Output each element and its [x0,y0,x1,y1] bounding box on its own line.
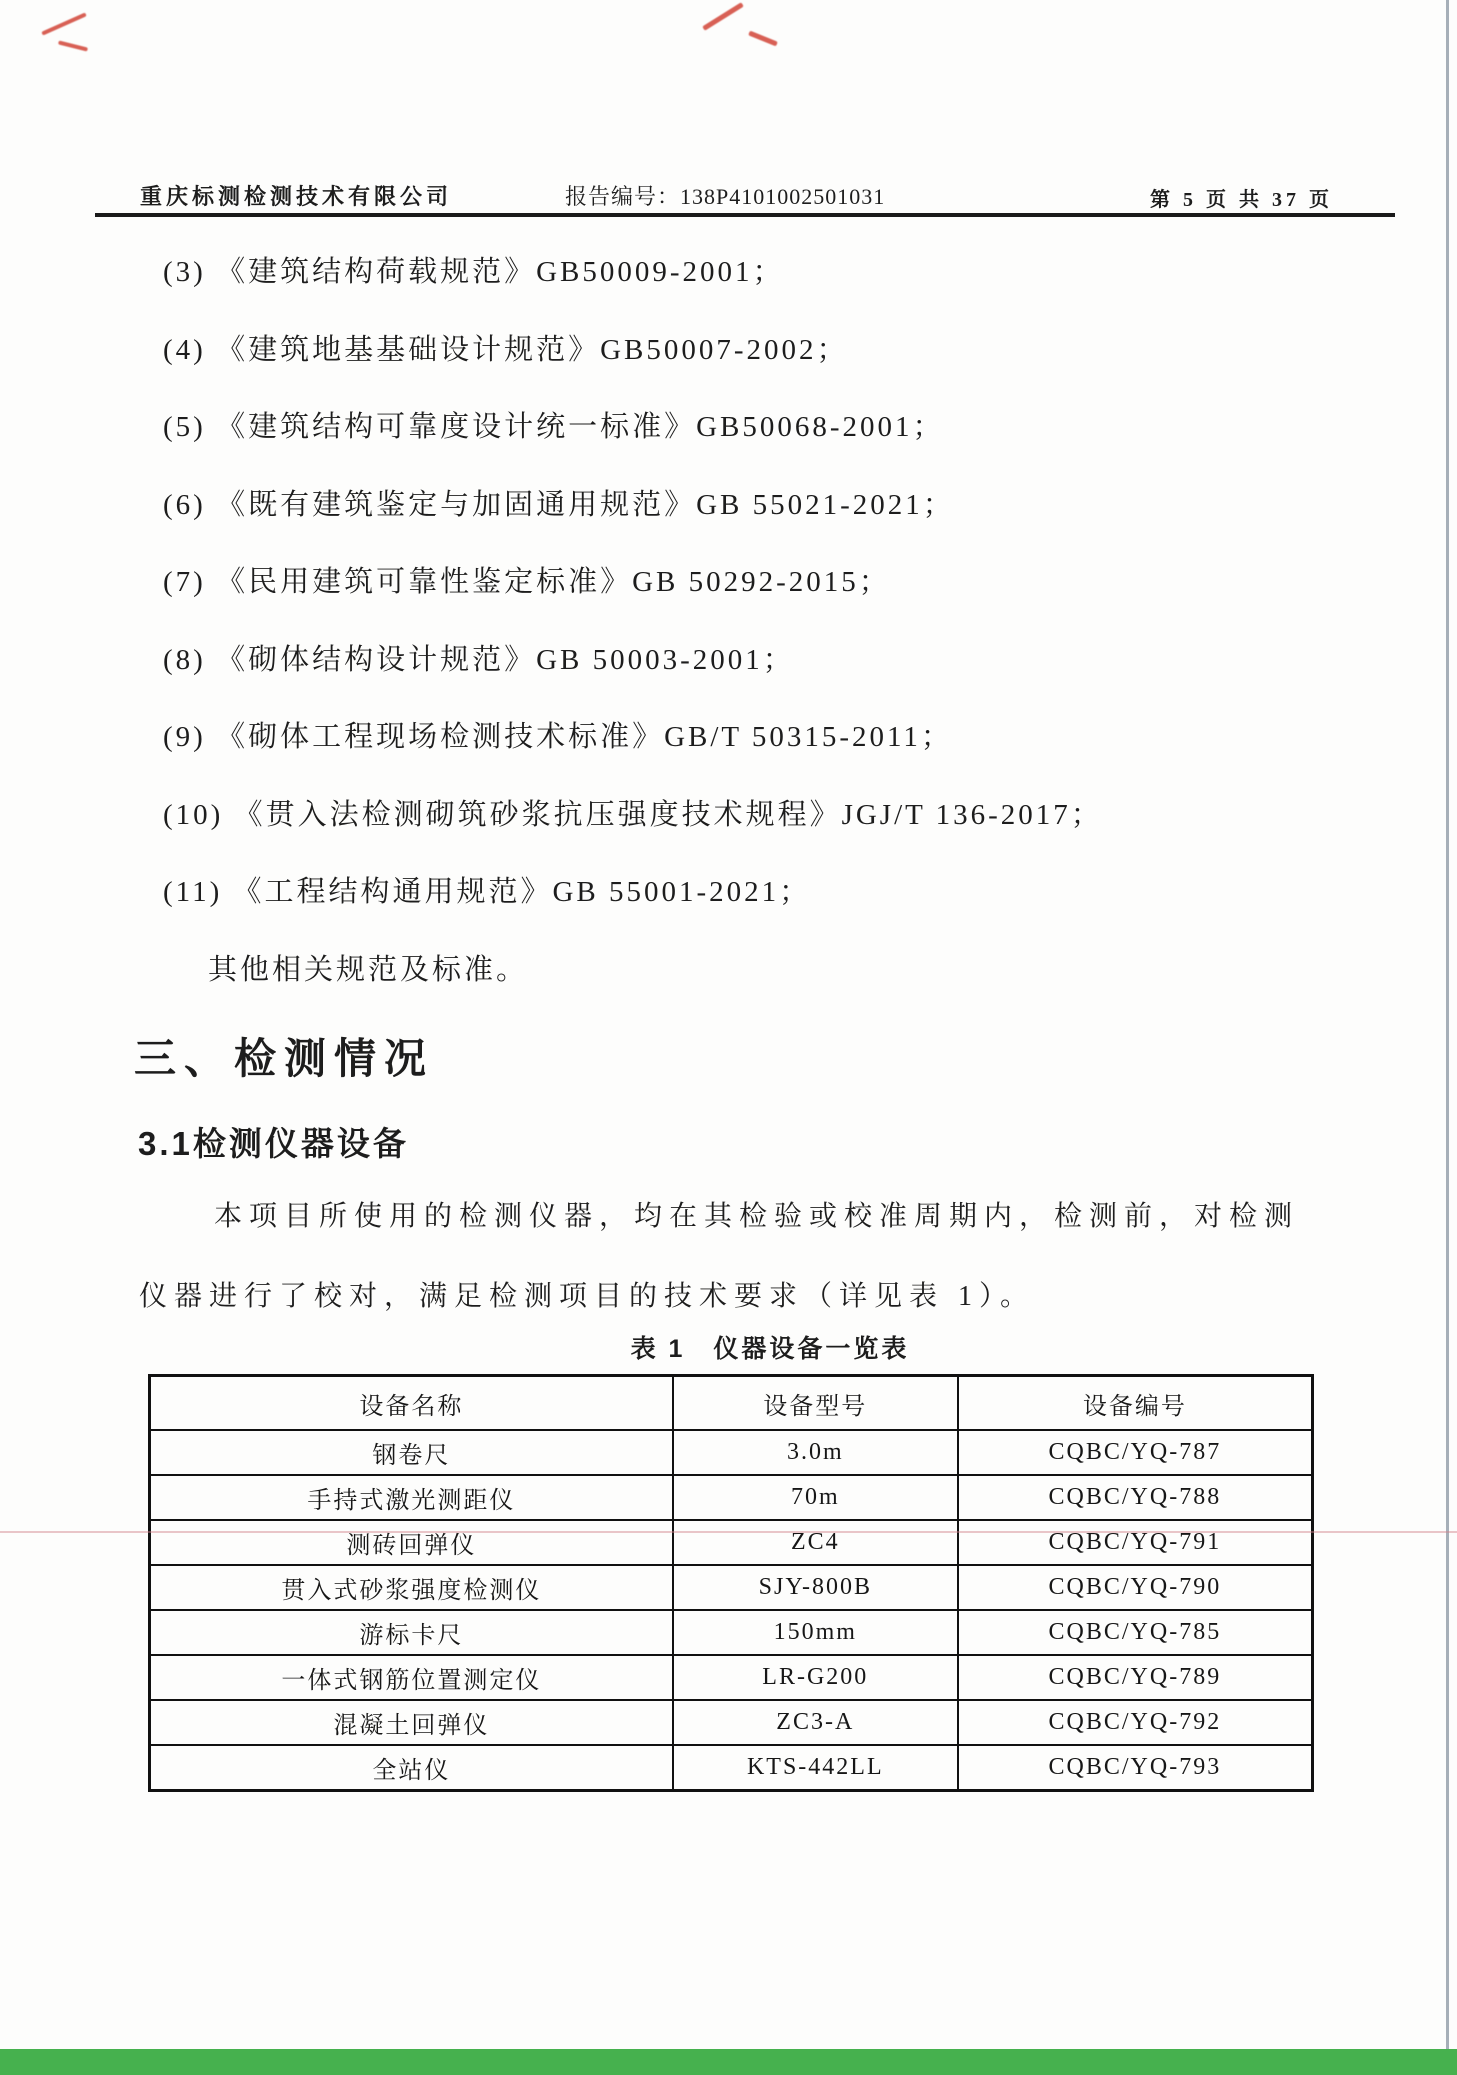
table-caption: 表 1 仪器设备一览表 [420,1329,1120,1365]
red-pen-mark [702,2,744,31]
table-header-row: 设备名称 设备型号 设备编号 [150,1376,1313,1431]
cell-device-number: CQBC/YQ-793 [958,1745,1313,1791]
cell-device-model: 70m [673,1475,958,1520]
standard-item: (3) 《建筑结构荷载规范》GB50009-2001； [163,258,1383,287]
table-row: 手持式激光测距仪 70m CQBC/YQ-788 [150,1475,1313,1520]
cell-device-name: 游标卡尺 [150,1610,673,1655]
standard-item: (7) 《民用建筑可靠性鉴定标准》GB 50292-2015； [163,568,1383,597]
col-header-device-name: 设备名称 [150,1376,673,1431]
red-pen-mark [58,40,88,51]
subsection-title: 3.1检测仪器设备 [138,1118,409,1165]
cell-device-model: 3.0m [673,1430,958,1475]
section-title: 三、检测情况 [134,1026,434,1086]
col-header-device-number: 设备编号 [958,1376,1313,1431]
standard-item: (4) 《建筑地基基础设计规范》GB50007-2002； [163,336,1383,365]
table-row: 一体式钢筋位置测定仪 LR-G200 CQBC/YQ-789 [150,1655,1313,1700]
cell-device-number: CQBC/YQ-789 [958,1655,1313,1700]
cell-device-name: 贯入式砂浆强度检测仪 [150,1565,673,1610]
header-company-name: 重庆标测检测技术有限公司 [140,180,452,211]
table-row: 全站仪 KTS-442LL CQBC/YQ-793 [150,1745,1313,1791]
table-row: 贯入式砂浆强度检测仪 SJY-800B CQBC/YQ-790 [150,1565,1313,1610]
col-header-device-model: 设备型号 [673,1376,958,1431]
header-report-number: 报告编号：138P4101002501031 [565,180,885,211]
equipment-table: 设备名称 设备型号 设备编号 钢卷尺 3.0m CQBC/YQ-787 手持式激… [148,1374,1314,1792]
table-row: 游标卡尺 150mm CQBC/YQ-785 [150,1610,1313,1655]
header-rule [95,213,1395,217]
header-page-info: 第 5 页 共 37 页 [1150,183,1333,212]
cell-device-model: SJY-800B [673,1565,958,1610]
table-row: 钢卷尺 3.0m CQBC/YQ-787 [150,1430,1313,1475]
cell-device-model: LR-G200 [673,1655,958,1700]
cell-device-name: 测砖回弹仪 [150,1520,673,1565]
cell-device-model: 150mm [673,1610,958,1655]
standard-item: (9) 《砌体工程现场检测技术标准》GB/T 50315-2011； [163,723,1383,752]
cell-device-number: CQBC/YQ-788 [958,1475,1313,1520]
cell-device-number: CQBC/YQ-792 [958,1700,1313,1745]
scan-edge-line [1446,0,1449,2075]
cell-device-name: 一体式钢筋位置测定仪 [150,1655,673,1700]
cell-device-model: KTS-442LL [673,1745,958,1791]
cell-device-model: ZC3-A [673,1700,958,1745]
scan-bottom-green-strip [0,2049,1457,2075]
red-pen-mark [748,31,778,47]
cell-device-name: 钢卷尺 [150,1430,673,1475]
cell-device-name: 混凝土回弹仪 [150,1700,673,1745]
paragraph-line: 本项目所使用的检测仪器，均在其检验或校准周期内，检测前，对检测 [214,1194,1299,1234]
table-row: 测砖回弹仪 ZC4 CQBC/YQ-791 [150,1520,1313,1565]
cell-device-number: CQBC/YQ-791 [958,1520,1313,1565]
cell-device-name: 手持式激光测距仪 [150,1475,673,1520]
cell-device-number: CQBC/YQ-790 [958,1565,1313,1610]
cell-device-model: ZC4 [673,1520,958,1565]
red-pen-mark [41,12,86,35]
standard-item: (8) 《砌体结构设计规范》GB 50003-2001； [163,646,1383,675]
scanned-report-page: 重庆标测检测技术有限公司 报告编号：138P4101002501031 第 5 … [0,0,1457,2075]
standards-list: (3) 《建筑结构荷载规范》GB50009-2001； (4) 《建筑地基基础设… [163,258,1383,1033]
standard-item: (6) 《既有建筑鉴定与加固通用规范》GB 55021-2021； [163,491,1383,520]
cell-device-name: 全站仪 [150,1745,673,1791]
table-row: 混凝土回弹仪 ZC3-A CQBC/YQ-792 [150,1700,1313,1745]
paragraph-line: 仪器进行了校对，满足检测项目的技术要求（详见表 1）。 [139,1274,1035,1314]
standards-footer: 其他相关规范及标准。 [163,956,1383,985]
cell-device-number: CQBC/YQ-785 [958,1610,1313,1655]
cell-device-number: CQBC/YQ-787 [958,1430,1313,1475]
standard-item: (10) 《贯入法检测砌筑砂浆抗压强度技术规程》JGJ/T 136-2017； [163,801,1383,830]
standard-item: (11) 《工程结构通用规范》GB 55001-2021； [163,878,1383,907]
standard-item: (5) 《建筑结构可靠度设计统一标准》GB50068-2001； [163,413,1383,442]
